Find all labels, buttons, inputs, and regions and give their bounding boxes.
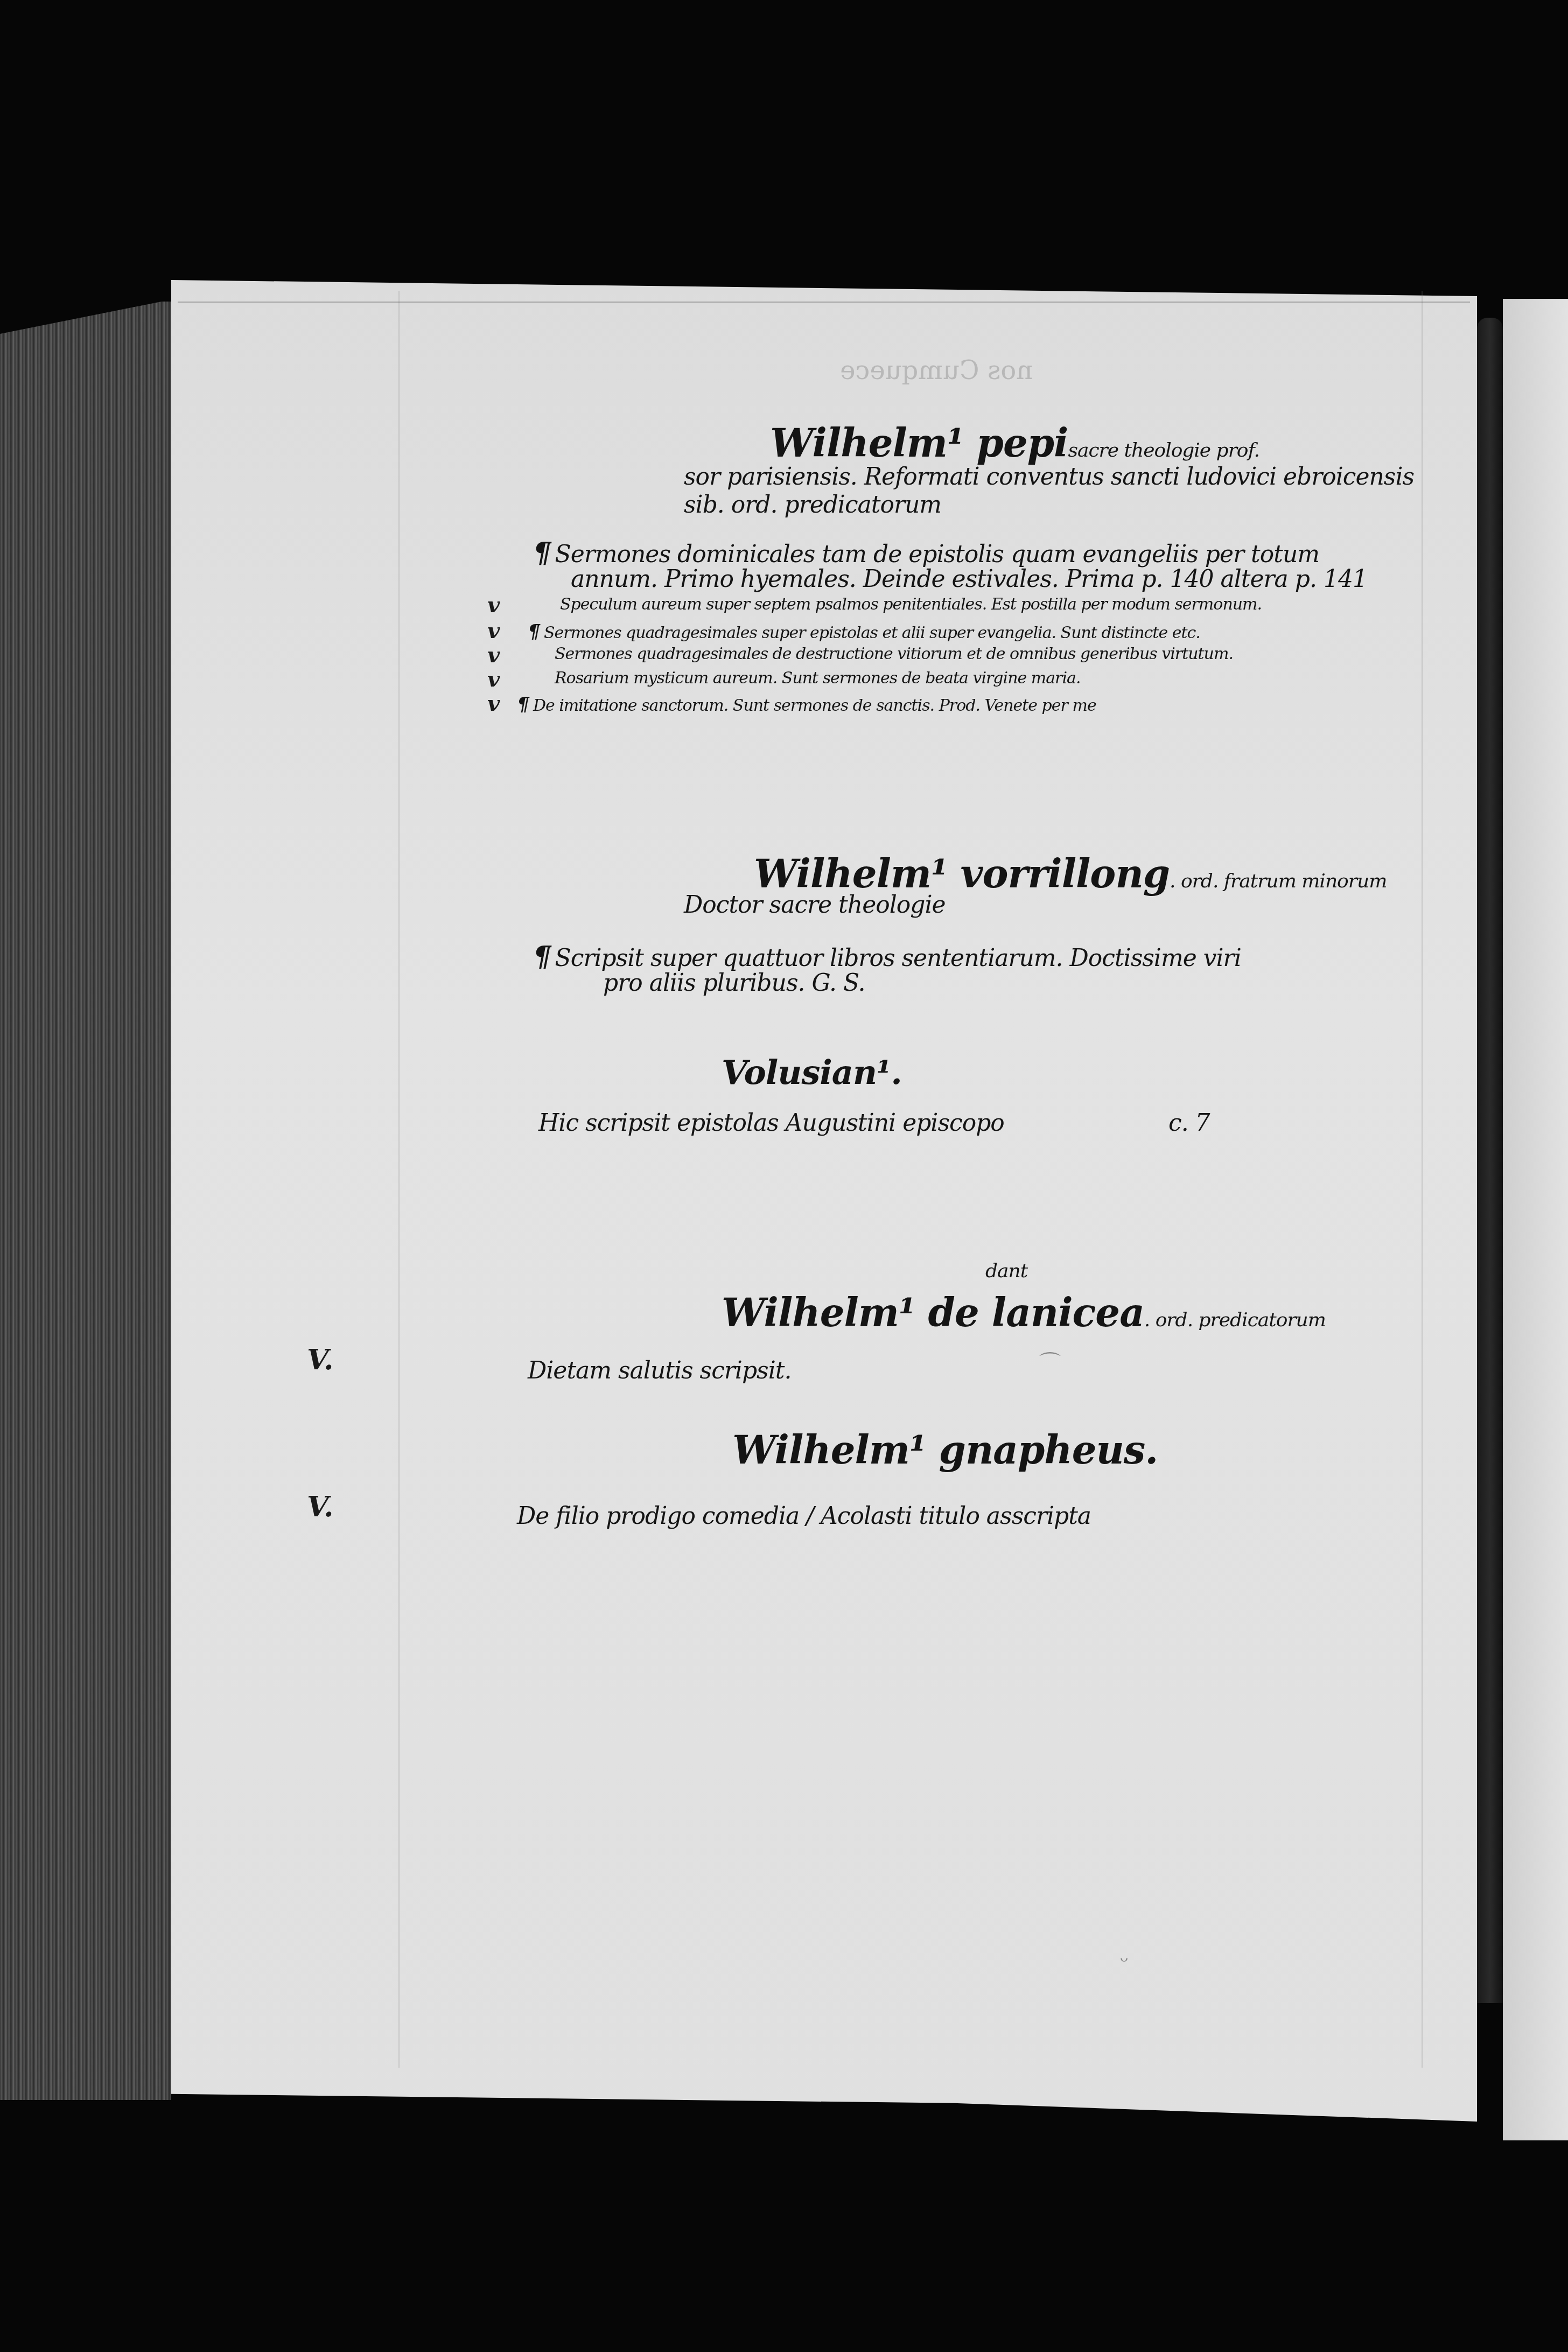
work-line: Dietam salutis scripsit. [528,1357,791,1384]
entry-heading: Volusian¹. [722,1053,902,1092]
entry-heading: Wilhelm¹ vorrillong. ord. fratrum minoru… [754,851,1387,897]
work-line: Rosarium mysticum aureum. Sunt sermones … [555,669,1080,688]
book-fore-edge [0,302,171,2100]
work-line: ¶De imitatione sanctorum. Sunt sermones … [517,693,1096,716]
stray-pen-mark: ⌒ [1039,1346,1061,1377]
book-gutter [1477,318,1503,2003]
work-line: ¶Sermones quadragesimales super epistola… [528,620,1200,643]
entry-line: Doctor sacre theologie [684,891,946,919]
work-note: c. 7 [1168,1109,1210,1137]
margin-v-mark: v [487,691,500,716]
stray-pen-mark: ᵕ [1120,1949,1128,1974]
work-line: Speculum aureum super septem psalmos pen… [560,595,1262,614]
work-line: De filio prodigo comedia / Acolasti titu… [517,1502,1091,1530]
work-line: pro aliis pluribus. G. S. [603,969,865,997]
entry-heading: Wilhelm¹ pepisacre theologie prof. [770,420,1259,466]
entry-heading: Wilhelm¹ de lanicea. ord. predicatorum [722,1290,1326,1335]
pilcrow-icon: ¶ [528,620,540,643]
margin-v-mark: V. [307,1490,333,1523]
margin-v-mark: v [487,618,500,643]
margin-v-mark: v [487,592,500,618]
work-line: Sermones quadragesimales de destructione… [555,645,1233,663]
bleed-through-text: nos Cumquece [840,355,1033,386]
margin-v-mark: V. [307,1343,333,1376]
margin-ruling-line [398,291,400,2068]
margin-v-mark: v [487,642,500,668]
entry-line: sib. ord. predicatorum [684,491,941,519]
margin-v-mark: v [487,667,500,692]
superscript-correction: dant [985,1260,1027,1282]
work-line: ¶Scripsit super quattuor libros sententi… [533,940,1241,973]
top-ruling-line [178,302,1470,303]
pilcrow-icon: ¶ [517,693,529,716]
entry-heading: Wilhelm¹ gnapheus. [732,1427,1158,1473]
margin-ruling-line [1422,291,1423,2068]
facing-page-edge [1503,299,1568,2140]
entry-line: sor parisiensis. Reformati conventus san… [684,463,1414,491]
work-line: ¶Sermones dominicales tam de epistolis q… [533,536,1319,569]
work-line: annum. Primo hyemales. Deinde estivales.… [571,565,1367,593]
pilcrow-icon: ¶ [533,940,551,973]
pilcrow-icon: ¶ [533,536,551,569]
work-line: Hic scripsit epistolas Augustini episcop… [538,1109,1004,1137]
